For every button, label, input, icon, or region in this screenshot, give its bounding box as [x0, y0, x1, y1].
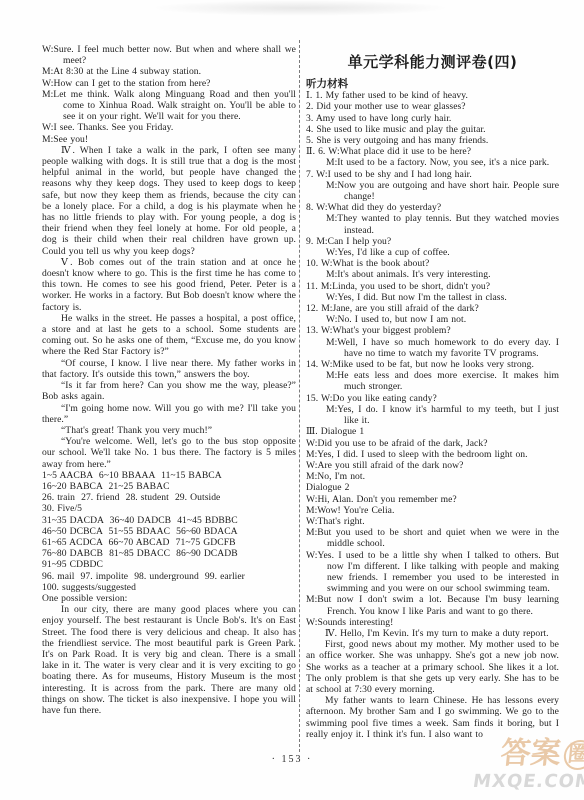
dialog-line: M:But you used to be short and quiet whe… [306, 527, 559, 549]
column-divider [299, 40, 300, 752]
paragraph: My father wants to learn Chinese. He has… [306, 695, 559, 740]
answer-row: 76~80 DABCB 81~85 DBACC 86~90 DCADB [42, 548, 296, 559]
paragraph: In our city, there are many good places … [42, 604, 296, 716]
answer-circle-logo-icon: 圈 [562, 740, 584, 770]
answer-row: 30. Five/5 [42, 503, 296, 514]
right-column: 单元学科能力测评卷(四)听力材料Ⅰ. 1. My father used to … [306, 46, 559, 740]
dialog-line: W:Hi, Alan. Don't you remember me? [306, 494, 559, 505]
subheading-listening-material: 听力材料 [306, 79, 559, 90]
watermark-brand-text: 答案 [499, 736, 563, 771]
listening-item: 15. W:Do you like eating candy? [306, 393, 559, 404]
dialog-line: M:Wow! You're Celia. [306, 505, 559, 516]
paragraph: Ⅳ. When I take a walk in the park, I oft… [42, 145, 296, 257]
answer-row: 1~5 AACBA 6~10 BBAAA 11~15 BABCA [42, 470, 296, 481]
dialog-line: M:Let me think. Walk along Minguang Road… [42, 89, 296, 123]
answer-row: 16~20 BABCA 21~25 BABAC [42, 481, 296, 492]
listening-item: 9. M:Can I help you? [306, 236, 559, 247]
answer-row: 46~50 DCBCA 51~55 BDAAC 56~60 BDACA [42, 526, 296, 537]
section-title: 单元学科能力测评卷(四) [306, 52, 559, 72]
left-column: W:Sure. I feel much better now. But when… [42, 44, 296, 716]
dialog-line: M:At 8:30 at the Line 4 subway station. [42, 66, 296, 77]
listening-item: Ⅰ. 1. My father used to be kind of heavy… [306, 90, 559, 101]
answer-row: 96. mail 97. impolite 98. underground 99… [42, 571, 296, 582]
watermark: 答案圈 MXQE.COM [473, 739, 584, 792]
listening-item: 2. Did your mother use to wear glasses? [306, 101, 559, 112]
dialog-line: W:Sure. I feel much better now. But when… [42, 44, 296, 66]
paragraph: First, good news about my mother. My mot… [306, 639, 559, 695]
listening-item: 8. W:What did they do yesterday? [306, 202, 559, 213]
scanned-answer-page: W:Sure. I feel much better now. But when… [0, 0, 584, 800]
listening-item: 5. She is very outgoing and has many fri… [306, 135, 559, 146]
paragraph: “Of course, I know. I live near there. M… [42, 358, 296, 380]
paragraph: “That's great! Thank you very much!” [42, 425, 296, 436]
dialog-line: M:He eats less and does more exercise. I… [326, 370, 559, 392]
dialog-line: M:See you! [42, 134, 296, 145]
dialog-line: W:Yes, I'd like a cup of coffee. [326, 247, 559, 258]
dialog-line: M:It's about animals. It's very interest… [326, 269, 559, 280]
dialog-line: M:No, I'm not. [306, 471, 559, 482]
dialog-line: W:Yes, I did. But now I'm the tallest in… [326, 292, 559, 303]
dialog-line: M:Well, I have so much homework to do ev… [326, 337, 559, 359]
paragraph: “I'm going home now. Will you go with me… [42, 403, 296, 425]
watermark-url: MXQE.COM [472, 772, 584, 792]
answer-row: 31~35 DACDA 36~40 DADCB 41~45 BDBBC [42, 515, 296, 526]
dialog-line: M:Yes, I do. I know it's harmful to my t… [326, 404, 559, 426]
dialog-line: W:Did you use to be afraid of the dark, … [306, 438, 559, 449]
dialog-line: W:How can I get to the station from here… [42, 78, 296, 89]
dialog-line: W:That's right. [306, 516, 559, 527]
listening-item: 12. M:Jane, are you still afraid of the … [306, 303, 559, 314]
paragraph: “Is it far from here? Can you show me th… [42, 380, 296, 402]
listening-item: 3. Amy used to have long curly hair. [306, 113, 559, 124]
paragraph: Ⅴ. Bob comes out of the train station an… [42, 257, 296, 313]
dialog-line: W:Sounds interesting! [306, 617, 559, 628]
listening-item: 11. M:Linda, you used to be short, didn'… [306, 281, 559, 292]
answer-row: 91~95 CDBDC [42, 559, 296, 570]
listening-item: 14. W:Mike used to be fat, but now he lo… [306, 359, 559, 370]
dialog-line: W:No. I used to, but now I am not. [326, 314, 559, 325]
answer-row: 26. train 27. friend 28. student 29. Out… [42, 492, 296, 503]
answer-row: 61~65 ACDCA 66~70 ABCAD 71~75 GDCFB [42, 537, 296, 548]
listening-item: 4. She used to like music and play the g… [306, 124, 559, 135]
listening-item: 7. W:I used to be shy and I had long hai… [306, 169, 559, 180]
listening-item: Ⅱ. 6. W:What place did it use to be here… [306, 146, 559, 157]
listening-item: 10. W:What is the book about? [306, 258, 559, 269]
scan-artifact [150, 0, 450, 16]
dialogue-label: Ⅲ. Dialogue 1 [306, 426, 559, 437]
watermark-brand: 答案圈 [472, 739, 584, 770]
writing-sample-label: One possible version: [42, 593, 296, 604]
answer-row: 100. suggests/suggested [42, 582, 296, 593]
dialog-line: W:Are you still afraid of the dark now? [306, 460, 559, 471]
dialogue-label: Dialogue 2 [306, 482, 559, 493]
dialog-line: M:Now you are outgoing and have short ha… [326, 180, 559, 202]
dialog-line: W:Yes. I used to be a little shy when I … [306, 550, 559, 595]
paragraph: Ⅳ. Hello, I'm Kevin. It's my turn to mak… [306, 628, 559, 639]
dialog-line: W:I see. Thanks. See you Friday. [42, 122, 296, 133]
listening-item: 13. W:What's your biggest problem? [306, 325, 559, 336]
paragraph: He walks in the street. He passes a hosp… [42, 313, 296, 358]
dialog-line: M:It used to be a factory. Now, you see,… [326, 157, 559, 168]
dialog-line: M:They wanted to play tennis. But they w… [326, 213, 559, 235]
paragraph: “You're welcome. Well, let's go to the b… [42, 436, 296, 470]
dialog-line: M:Yes, I did. I used to sleep with the b… [306, 449, 559, 460]
dialog-line: M:But now I don't swim a lot. Because I'… [306, 594, 559, 616]
